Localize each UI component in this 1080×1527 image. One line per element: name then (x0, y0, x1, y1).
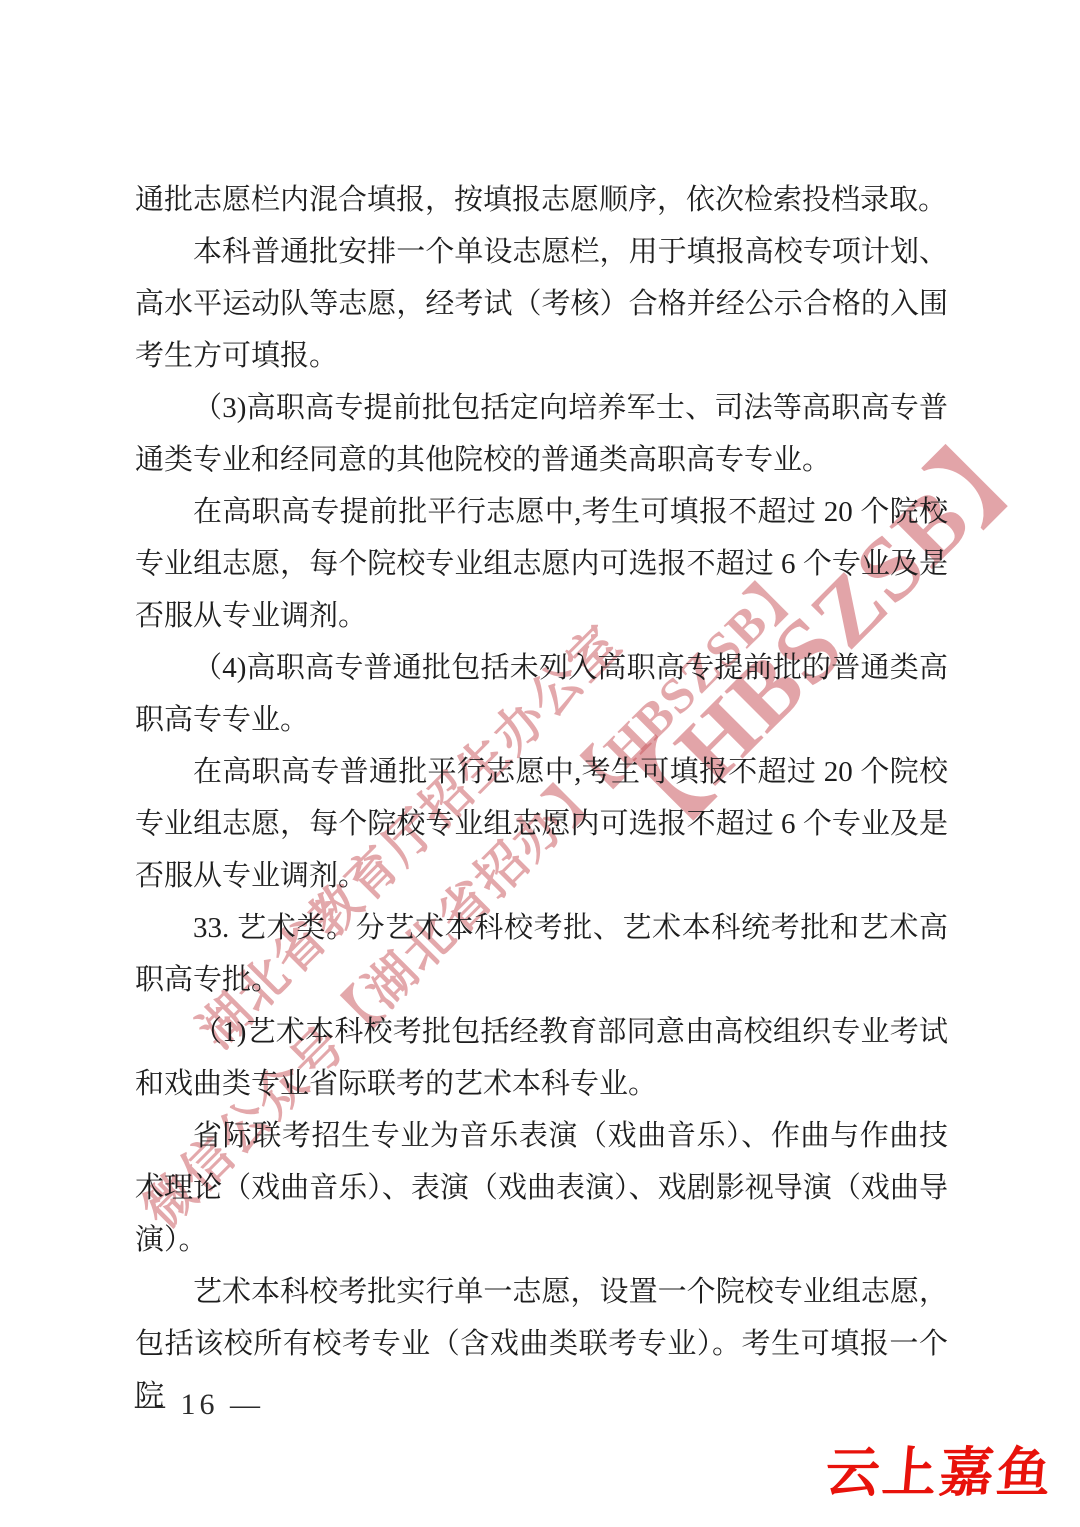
paragraph: 通批志愿栏内混合填报，按填报志愿顺序，依次检索投档录取。 (135, 174, 948, 226)
paragraph: 在高职高专普通批平行志愿中,考生可填报不超过 20 个院校专业组志愿，每个院校专… (135, 746, 948, 902)
paragraph: 省际联考招生专业为音乐表演（戏曲音乐）、作曲与作曲技术理论（戏曲音乐）、表演（戏… (135, 1110, 948, 1266)
site-watermark-text: 云上嘉鱼 (823, 1430, 1058, 1507)
paragraph: （3)高职高专提前批包括定向培养军士、司法等高职高专普通类专业和经同意的其他院校… (135, 382, 948, 486)
paragraph: （4)高职高专普通批包括未列入高职高专提前批的普通类高职高专专业。 (135, 642, 948, 746)
page-number: — 16 — (135, 1388, 264, 1422)
paragraph: 在高职高专提前批平行志愿中,考生可填报不超过 20 个院校专业组志愿，每个院校专… (135, 486, 948, 642)
document-page: 湖北省教育厅招生办公室 微信公众号【湖北省招办】【HBSZSB】 【HBSZSB… (0, 0, 1080, 1527)
paragraph: 本科普通批安排一个单设志愿栏，用于填报高校专项计划、高水平运动队等志愿，经考试（… (135, 226, 948, 382)
paragraph: （1)艺术本科校考批包括经教育部同意由高校组织专业考试和戏曲类专业省际联考的艺术… (135, 1006, 948, 1110)
document-body-text: 通批志愿栏内混合填报，按填报志愿顺序，依次检索投档录取。 本科普通批安排一个单设… (135, 174, 948, 1422)
paragraph: 33. 艺术类。分艺术本科校考批、艺术本科统考批和艺术高职高专批。 (135, 902, 948, 1006)
